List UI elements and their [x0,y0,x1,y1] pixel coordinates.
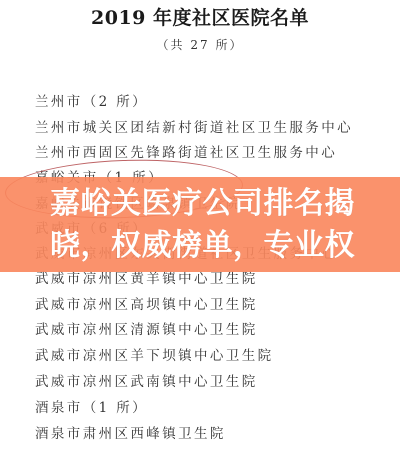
document-subtitle: （共 27 所） [0,36,400,53]
list-item: 兰州市（2 所） [35,90,148,110]
headline-line-2: 晓，权威榜单，专业权 [50,225,390,267]
list-item: 酒泉市肃州区西峰镇卫生院 [35,422,226,442]
list-item: 兰州市城关区团结新村街道社区卫生服务中心 [35,116,353,136]
list-item: 武威市凉州区清源镇中心卫生院 [35,318,258,338]
list-item: 酒泉市（1 所） [35,396,148,416]
headline-line-1: 嘉峪关医疗公司排名揭 [50,183,390,225]
headline-text: 嘉峪关医疗公司排名揭 晓，权威榜单，专业权 [50,183,390,267]
list-item: 兰州市西固区先锋路街道社区卫生服务中心 [35,141,337,161]
list-item: 武威市凉州区武南镇中心卫生院 [35,370,258,390]
list-item: 武威市凉州区羊下坝镇中心卫生院 [35,344,274,364]
document-title: 2019 年度社区医院名单 [0,3,400,30]
list-item: 武威市凉州区高坝镇中心卫生院 [35,293,258,313]
